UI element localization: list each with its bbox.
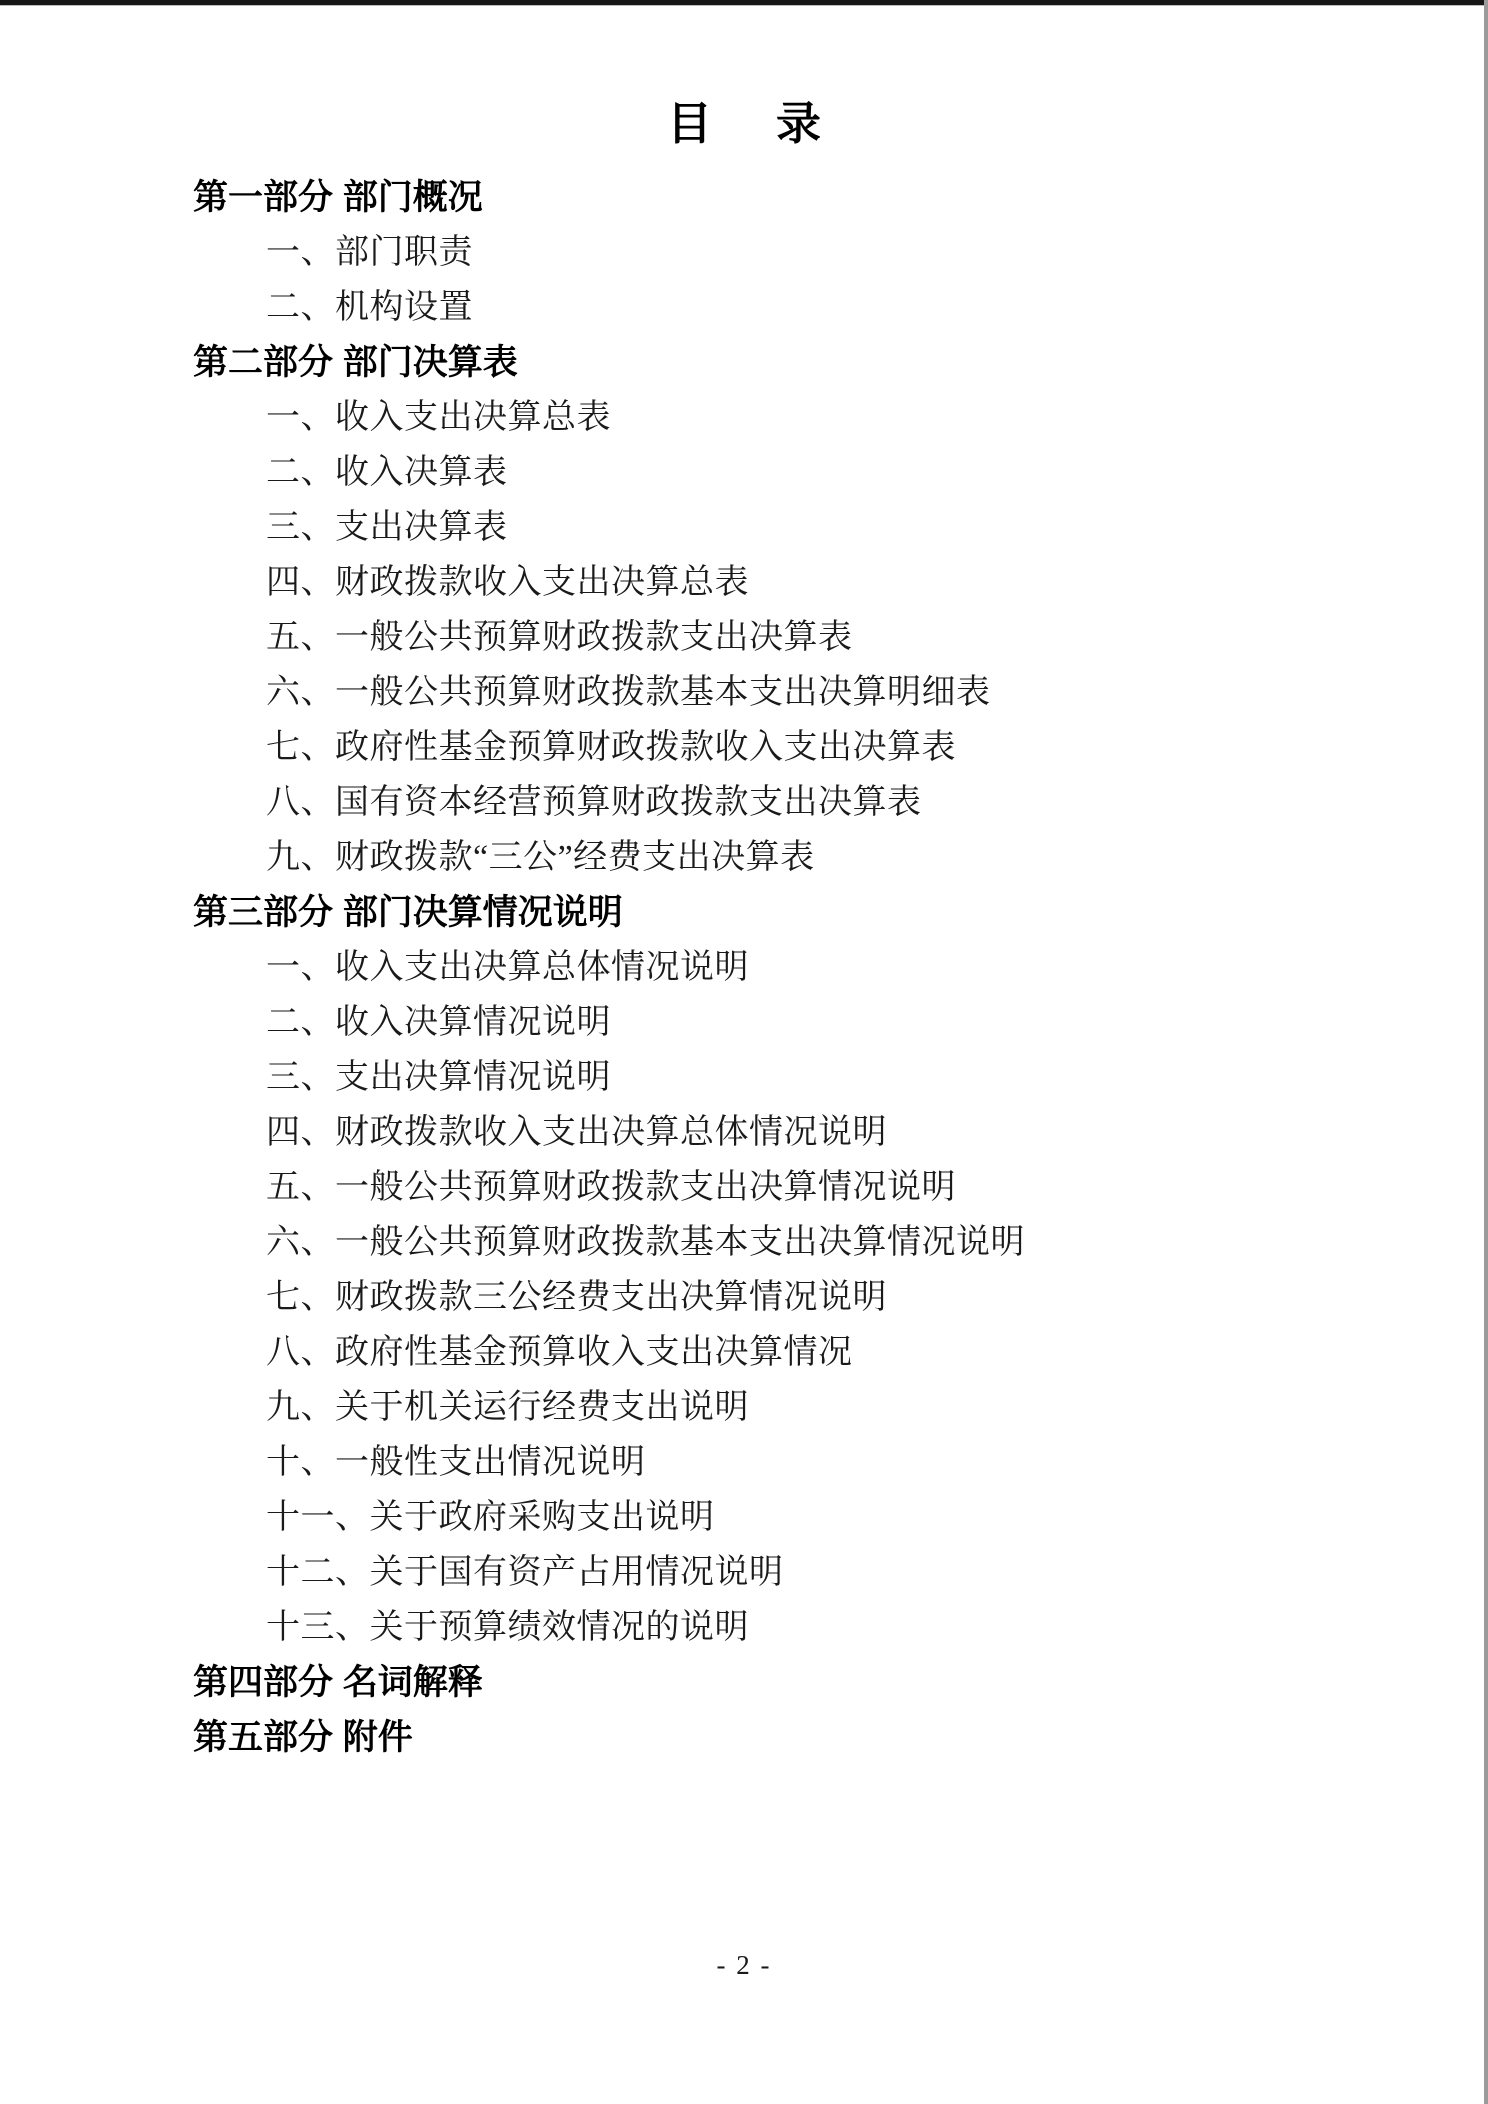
toc-item: 四、财政拨款收入支出决算总表 [193, 555, 1428, 610]
toc-item: 六、一般公共预算财政拨款基本支出决算明细表 [193, 665, 1428, 720]
scan-border-top [0, 0, 1488, 6]
toc-item: 七、财政拨款三公经费支出决算情况说明 [193, 1270, 1428, 1325]
section-heading: 第二部分 部门决算表 [193, 335, 1428, 390]
toc-item: 十三、关于预算绩效情况的说明 [193, 1600, 1428, 1655]
section-heading: 第一部分 部门概况 [193, 170, 1428, 225]
toc-item: 二、收入决算表 [193, 445, 1428, 500]
section-heading: 第三部分 部门决算情况说明 [193, 885, 1428, 940]
toc-item: 五、一般公共预算财政拨款支出决算表 [193, 610, 1428, 665]
toc-item: 一、收入支出决算总表 [193, 390, 1428, 445]
toc-item: 二、机构设置 [193, 280, 1428, 335]
toc-item: 九、关于机关运行经费支出说明 [193, 1380, 1428, 1435]
toc-item: 二、收入决算情况说明 [193, 995, 1428, 1050]
toc-item: 八、国有资本经营预算财政拨款支出决算表 [193, 775, 1428, 830]
toc-item: 七、政府性基金预算财政拨款收入支出决算表 [193, 720, 1428, 775]
toc-item: 九、财政拨款“三公”经费支出决算表 [193, 830, 1428, 885]
toc-item: 一、收入支出决算总体情况说明 [193, 940, 1428, 995]
document-page: 目录 第一部分 部门概况一、部门职责二、机构设置第二部分 部门决算表一、收入支出… [0, 0, 1488, 2104]
toc-title: 目录 [0, 98, 1488, 150]
section-heading: 第四部分 名词解释 [193, 1655, 1428, 1710]
toc-item: 八、政府性基金预算收入支出决算情况 [193, 1325, 1428, 1380]
toc-item: 十、一般性支出情况说明 [193, 1435, 1428, 1490]
scan-border-right [1484, 0, 1488, 2104]
toc-item: 四、财政拨款收入支出决算总体情况说明 [193, 1105, 1428, 1160]
page-number: - 2 - [0, 1950, 1488, 1980]
toc-item: 六、一般公共预算财政拨款基本支出决算情况说明 [193, 1215, 1428, 1270]
toc-item: 十二、关于国有资产占用情况说明 [193, 1545, 1428, 1600]
section-heading: 第五部分 附件 [193, 1710, 1428, 1765]
toc-item: 三、支出决算情况说明 [193, 1050, 1428, 1105]
toc-item: 十一、关于政府采购支出说明 [193, 1490, 1428, 1545]
toc-item: 三、支出决算表 [193, 500, 1428, 555]
table-of-contents: 第一部分 部门概况一、部门职责二、机构设置第二部分 部门决算表一、收入支出决算总… [193, 170, 1428, 1765]
toc-item: 一、部门职责 [193, 225, 1428, 280]
toc-item: 五、一般公共预算财政拨款支出决算情况说明 [193, 1160, 1428, 1215]
